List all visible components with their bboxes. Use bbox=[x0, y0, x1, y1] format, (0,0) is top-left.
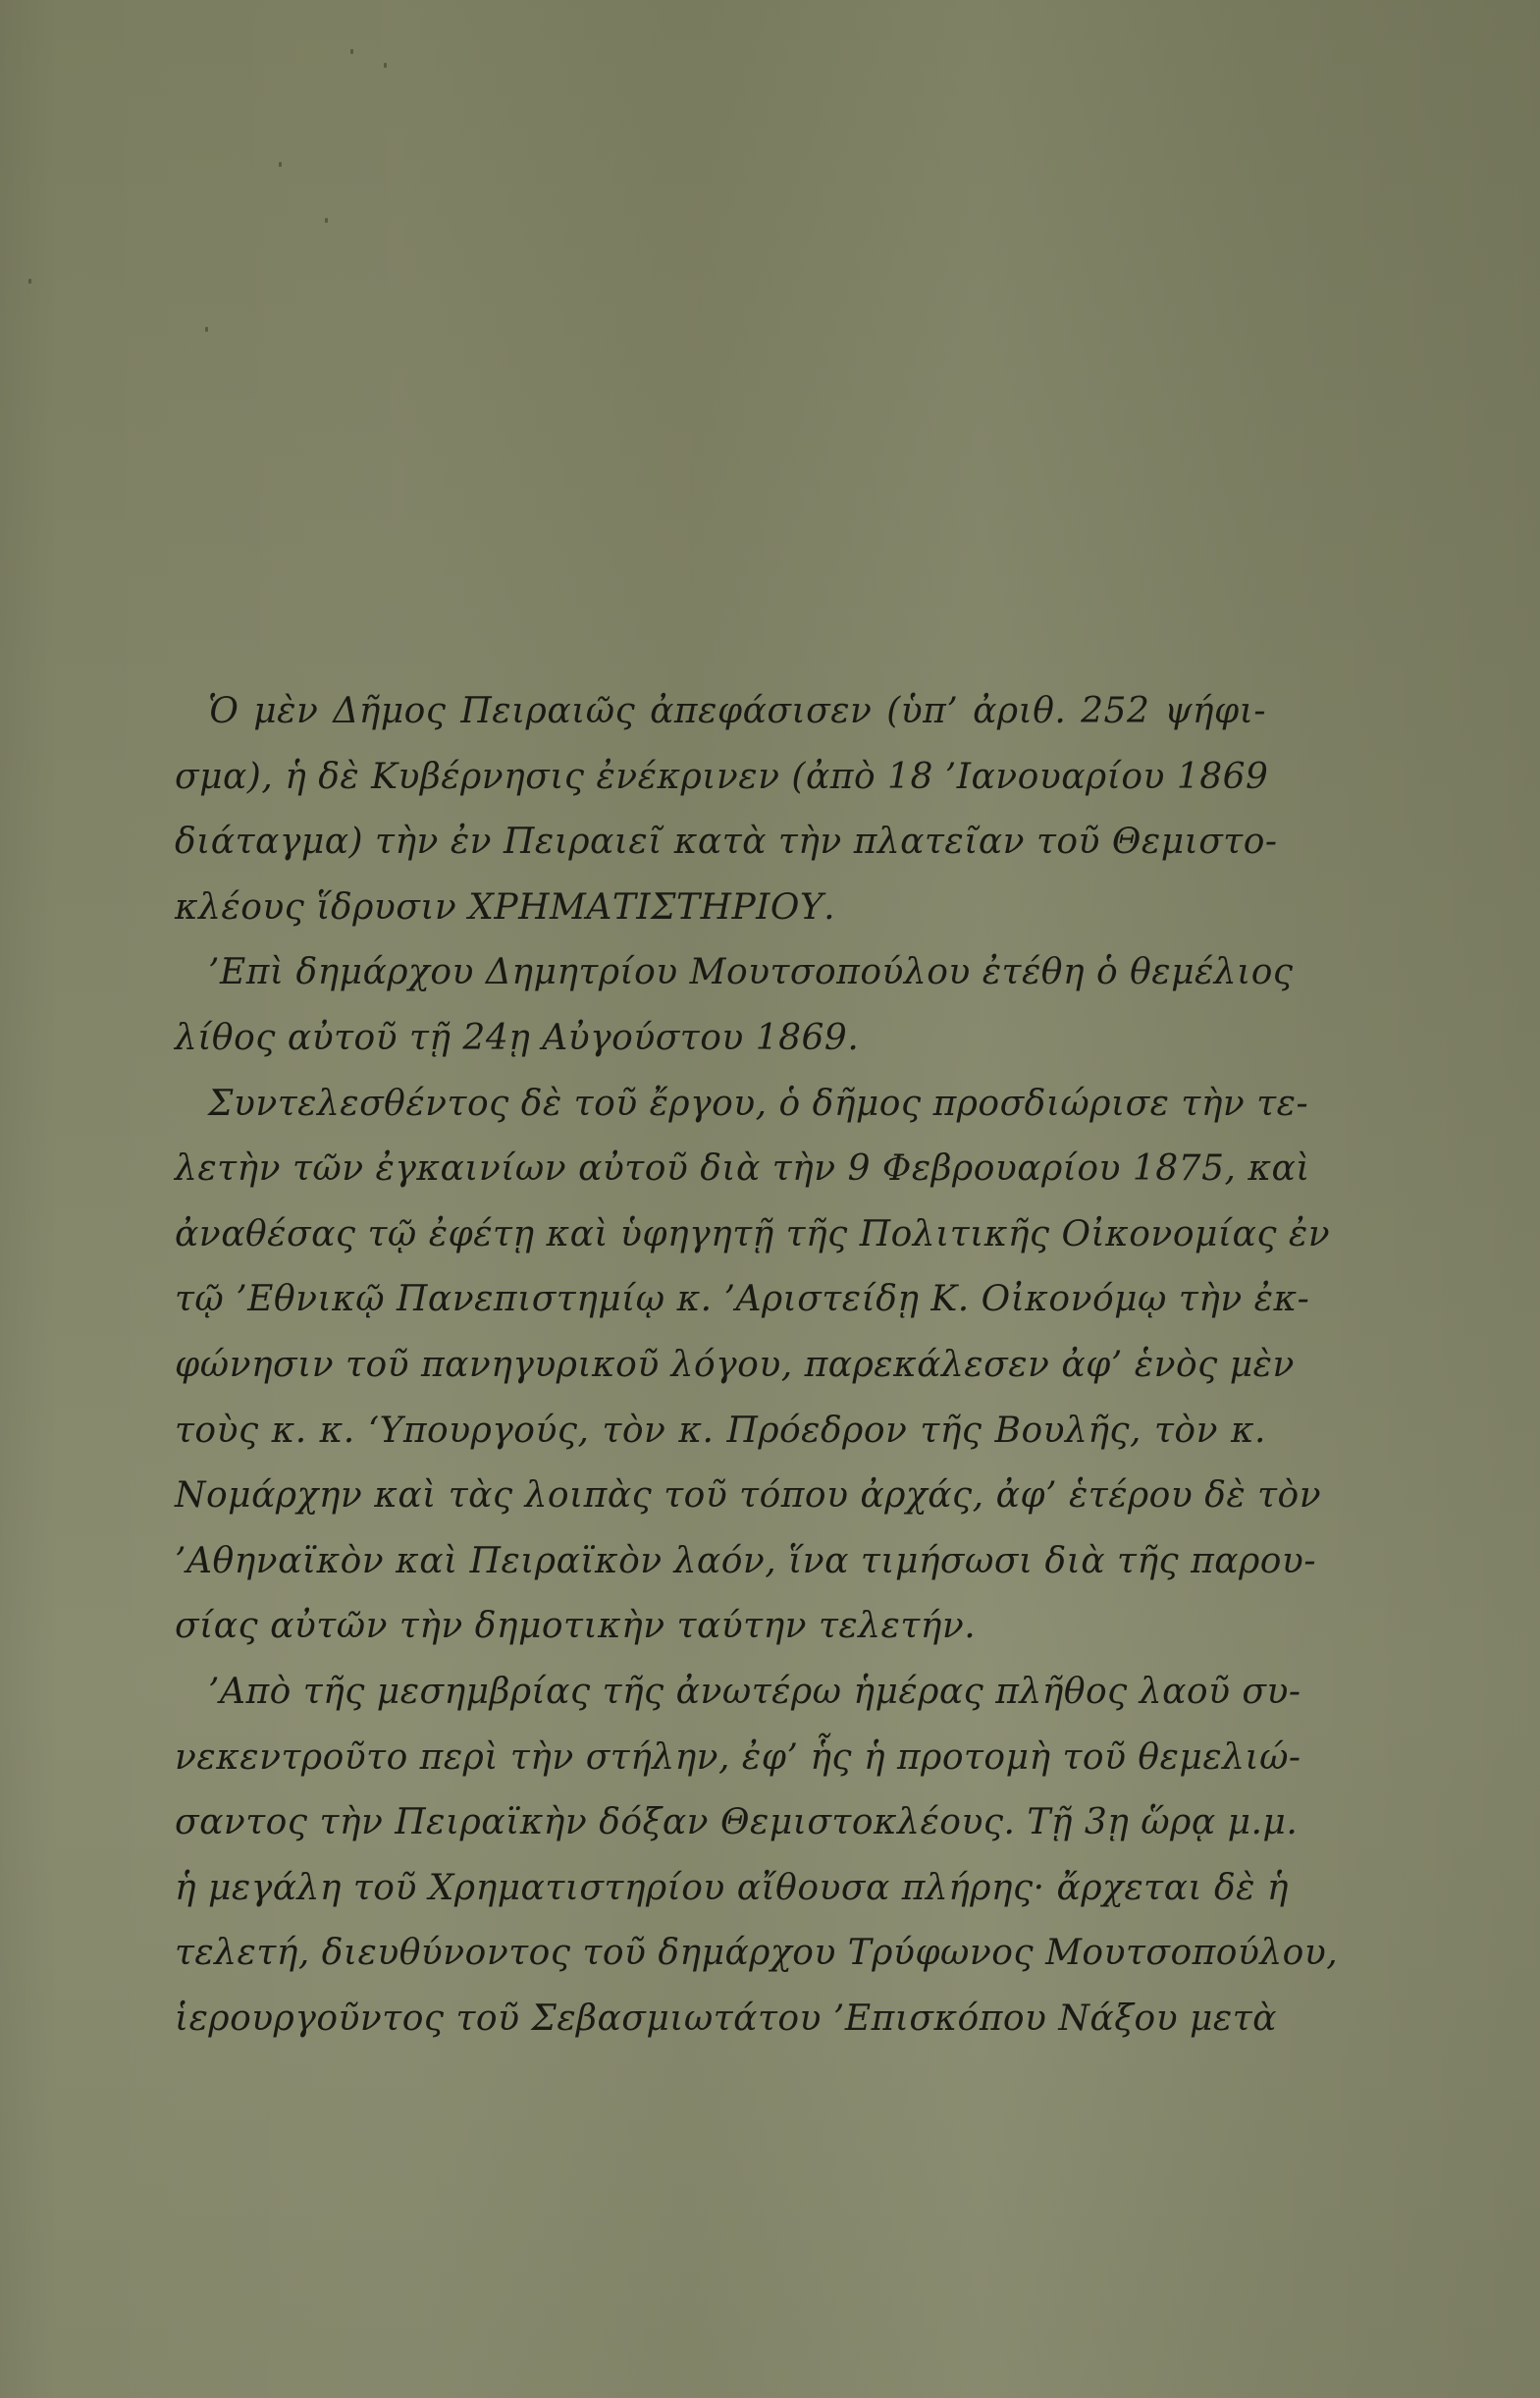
text-line: σίας αὐτῶν τὴν δημοτικὴν ταύτην τελετήν. bbox=[175, 1594, 1266, 1660]
text-line: κλέους ἵδρυσιν ΧΡΗΜΑΤΙΣΤΗΡΙΟΥ. bbox=[175, 876, 1266, 941]
text-line: λετὴν τῶν ἐγκαινίων αὐτοῦ διὰ τὴν 9 Φεβρ… bbox=[175, 1137, 1266, 1202]
scanned-book-page: Ὁ μὲν Δῆμος Πειραιῶς ἀπεφάσισεν (ὑπ’ ἀρι… bbox=[0, 0, 1540, 2398]
paper-speck bbox=[350, 49, 353, 54]
text-line: ’Απὸ τῆς μεσημβρίας τῆς ἀνωτέρω ἡμέρας π… bbox=[175, 1660, 1266, 1726]
paper-speck bbox=[28, 279, 31, 284]
text-line: τοὺς κ. κ. ‘Υπουργούς, τὸν κ. Πρόεδρον τ… bbox=[175, 1399, 1266, 1465]
text-line: διάταγμα) τὴν ἐν Πειραιεῖ κατὰ τὴν πλατε… bbox=[175, 810, 1266, 876]
text-line: ’Αθηναϊκὸν καὶ Πειραϊκὸν λαόν, ἵνα τιμήσ… bbox=[175, 1529, 1266, 1595]
text-line: τῷ ’Εθνικῷ Πανεπιστημίῳ κ. ’Αριστείδῃ Κ.… bbox=[175, 1267, 1266, 1333]
text-line: Συντελεσθέντος δὲ τοῦ ἔργου, ὁ δῆμος προ… bbox=[175, 1072, 1266, 1138]
text-line: φώνησιν τοῦ πανηγυρικοῦ λόγου, παρεκάλεσ… bbox=[175, 1333, 1266, 1399]
paper-speck bbox=[325, 218, 328, 223]
text-line: ἀναθέσας τῷ ἐφέτῃ καὶ ὑφηγητῇ τῆς Πολιτι… bbox=[175, 1202, 1266, 1268]
text-line: ’Επὶ δημάρχου Δημητρίου Μουτσοπούλου ἐτέ… bbox=[175, 940, 1266, 1006]
paper-speck bbox=[384, 63, 387, 68]
paper-speck bbox=[205, 327, 208, 332]
text-line: Νομάρχην καὶ τὰς λοιπὰς τοῦ τόπου ἀρχάς,… bbox=[175, 1464, 1266, 1529]
text-line: λίθος αὐτοῦ τῇ 24ῃ Αὐγούστου 1869. bbox=[175, 1006, 1266, 1072]
text-line: τελετή, διευθύνοντος τοῦ δημάρχου Τρύφων… bbox=[175, 1921, 1266, 1987]
text-line: ἱερουργοῦντος τοῦ Σεβασμιωτάτου ’Επισκόπ… bbox=[175, 1987, 1266, 2052]
text-line: σαντος τὴν Πειραϊκὴν δόξαν Θεμιστοκλέους… bbox=[175, 1790, 1266, 1856]
paper-speck bbox=[279, 162, 282, 167]
text-line: σμα), ἡ δὲ Κυβέρνησις ἐνέκρινεν (ἀπὸ 18 … bbox=[175, 745, 1266, 811]
body-text: Ὁ μὲν Δῆμος Πειραιῶς ἀπεφάσισεν (ὑπ’ ἀρι… bbox=[175, 679, 1266, 2052]
text-line: ἡ μεγάλη τοῦ Χρηματιστηρίου αἴθουσα πλήρ… bbox=[175, 1856, 1266, 1922]
text-line: νεκεντροῦτο περὶ τὴν στήλην, ἐφ’ ἧς ἡ πρ… bbox=[175, 1726, 1266, 1791]
text-line: Ὁ μὲν Δῆμος Πειραιῶς ἀπεφάσισεν (ὑπ’ ἀρι… bbox=[175, 679, 1266, 745]
